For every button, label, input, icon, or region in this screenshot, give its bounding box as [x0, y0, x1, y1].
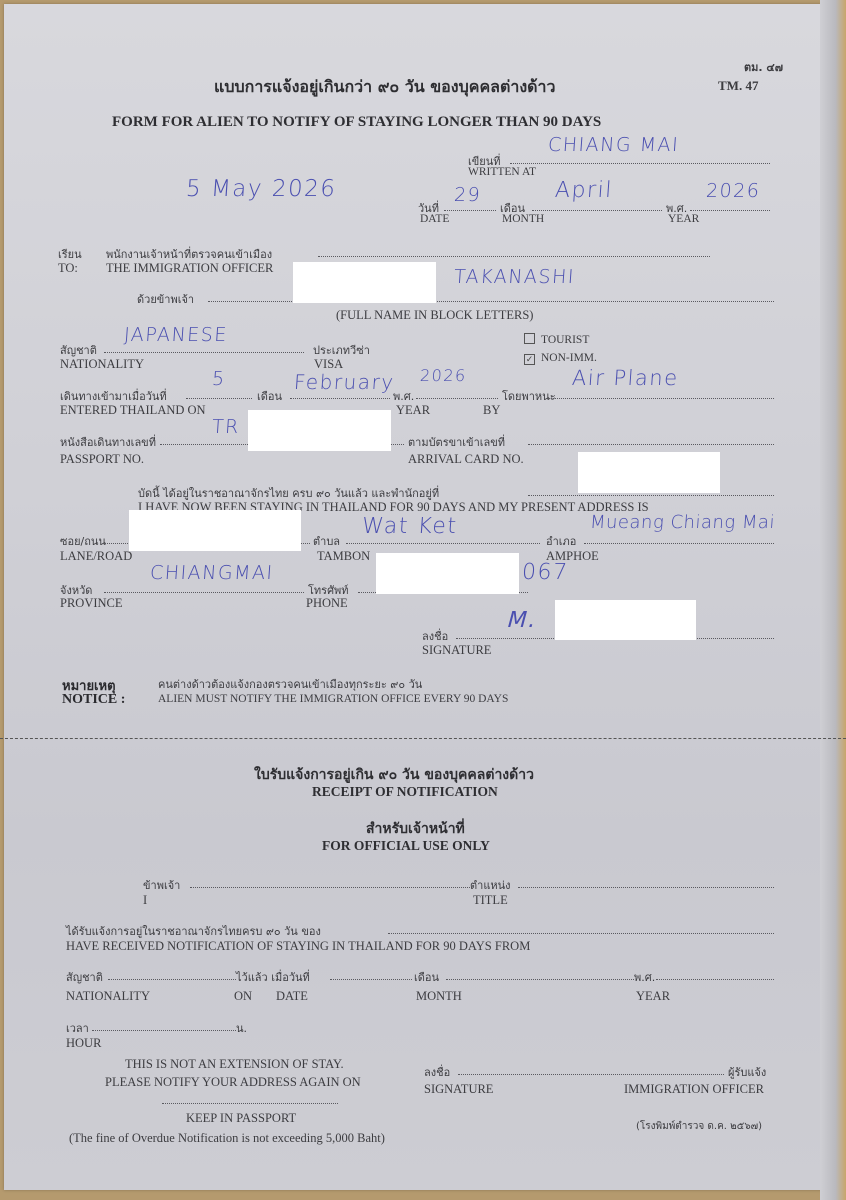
province-value[interactable]: CHIANGMAI: [149, 562, 274, 584]
receipt-nationality-line[interactable]: [108, 979, 236, 980]
receipt-i-line[interactable]: [190, 887, 470, 888]
margin-note: 5 May 2026: [185, 176, 337, 202]
tourist-checkbox[interactable]: [524, 333, 535, 344]
non-imm-label: NON-IMM.: [541, 352, 597, 364]
full-name-caption: (FULL NAME IN BLOCK LETTERS): [336, 308, 533, 323]
receipt-hour-line[interactable]: [92, 1030, 236, 1031]
form-code-thai: ตม. ๔๗: [744, 58, 783, 76]
phone-label-english: PHONE: [306, 596, 348, 611]
receipt-title-english: RECEIPT OF NOTIFICATION: [312, 784, 498, 800]
receipt-received-thai: ได้รับแจ้งการอยู่ในราชอาณาจักรไทยครบ ๙๐ …: [66, 922, 321, 940]
arrival-card-label-english: ARRIVAL CARD NO.: [408, 452, 524, 467]
receipt-officer-thai: ผู้รับแจ้ง: [728, 1063, 766, 1081]
receipt-received-english: HAVE RECEIVED NOTIFICATION OF STAYING IN…: [66, 939, 530, 954]
tourist-label: TOURIST: [541, 334, 589, 346]
notice-text-thai: คนต่างด้าวต้องแจ้งกองตรวจคนเข้าเมืองทุกร…: [158, 675, 422, 693]
date-month-line: [532, 210, 662, 211]
overdue-fine-note: (The fine of Overdue Notification is not…: [69, 1131, 385, 1146]
address-line: [528, 495, 774, 496]
receipt-date-english: DATE: [276, 989, 308, 1004]
date-year-label-english: YEAR: [668, 213, 699, 225]
nationality-line: [104, 352, 304, 353]
entry-label-english: ENTERED THAILAND ON: [60, 403, 206, 418]
entry-by-label-english: BY: [483, 403, 500, 418]
tambon-label-thai: ตำบล: [313, 532, 340, 550]
entry-by-line: [548, 398, 774, 399]
receipt-hour-thai: เวลา: [66, 1019, 89, 1037]
written-at-label-english: WRITTEN AT: [468, 166, 536, 178]
entry-year-label-english: YEAR: [396, 403, 430, 418]
to-text-english: THE IMMIGRATION OFFICER: [106, 261, 273, 276]
notify-again-note: PLEASE NOTIFY YOUR ADDRESS AGAIN ON: [105, 1075, 361, 1090]
date-year-line: [690, 210, 770, 211]
written-at-value[interactable]: CHIANG MAI: [547, 134, 680, 156]
receipt-i-label-english: I: [143, 893, 147, 908]
entry-month-line: [290, 398, 390, 399]
receipt-nationality-english: NATIONALITY: [66, 989, 150, 1004]
receipt-nationality-thai: สัญชาติ: [66, 968, 103, 986]
entry-by-value[interactable]: Air Plane: [571, 366, 679, 390]
date-day-label-english: DATE: [420, 213, 449, 225]
receipt-hour-english: HOUR: [66, 1036, 101, 1051]
redacted-phone: [376, 553, 519, 594]
receipt-year-line[interactable]: [656, 979, 774, 980]
date-month-value[interactable]: April: [554, 178, 614, 203]
receipt-title-label-thai: ตำแหน่ง: [470, 876, 511, 894]
tambon-label-english: TAMBON: [317, 549, 370, 564]
date-month-label-english: MONTH: [502, 213, 544, 225]
phone-value[interactable]: 067: [521, 560, 569, 585]
date-year-value[interactable]: 2026: [705, 180, 761, 202]
receipt-title-label-english: TITLE: [473, 893, 508, 908]
written-at-line: [510, 163, 770, 164]
to-line: [318, 256, 710, 257]
date-day-line: [444, 210, 496, 211]
full-name-value[interactable]: TAKANASHI: [453, 266, 575, 288]
amphoe-line: [584, 543, 774, 544]
receipt-on-date-thai: ไว้แล้ว เมื่อวันที่: [236, 968, 310, 986]
receipt-month-line[interactable]: [446, 979, 634, 980]
form-code-english: TM. 47: [718, 78, 758, 94]
receipt-on-english: ON: [234, 989, 252, 1004]
receipt-officer-english: IMMIGRATION OFFICER: [624, 1082, 764, 1097]
entry-month-label-thai: เดือน: [257, 387, 282, 405]
entry-day-value[interactable]: 5: [211, 368, 226, 390]
receipt-month-english: MONTH: [416, 989, 462, 1004]
receipt-signature-english: SIGNATURE: [424, 1082, 493, 1097]
redacted-passport-number: [248, 410, 391, 451]
redacted-lane-road: [129, 510, 301, 551]
title-english: FORM FOR ALIEN TO NOTIFY OF STAYING LONG…: [112, 114, 601, 131]
receipt-signature-line[interactable]: [458, 1074, 724, 1075]
signature-value[interactable]: M.: [507, 608, 538, 633]
tear-off-line: [0, 738, 846, 739]
lane-road-label-thai: ซอย/ถนน: [60, 532, 106, 550]
receipt-i-label-thai: ข้าพเจ้า: [143, 876, 180, 894]
entry-month-value[interactable]: February: [293, 370, 395, 394]
passport-label-english: PASSPORT NO.: [60, 452, 144, 467]
title-thai: แบบการแจ้งอยู่เกินกว่า ๙๐ วัน ของบุคคลต่…: [214, 75, 556, 100]
redacted-given-name: [293, 262, 436, 303]
signature-label-english: SIGNATURE: [422, 643, 491, 658]
to-label-english: TO:: [58, 261, 78, 276]
amphoe-value[interactable]: Mueang Chiang Mai: [589, 512, 775, 533]
official-use-english: FOR OFFICIAL USE ONLY: [322, 838, 490, 854]
receipt-title-line[interactable]: [518, 887, 774, 888]
notice-text-english: ALIEN MUST NOTIFY THE IMMIGRATION OFFICE…: [158, 693, 508, 705]
amphoe-label-thai: อำเภอ: [546, 532, 576, 550]
receipt-year-english: YEAR: [636, 989, 670, 1004]
lane-road-label-english: LANE/ROAD: [60, 549, 132, 564]
printer-note: (โรงพิมพ์ตำรวจ ด.ค. ๒๕๖๗): [636, 1119, 762, 1134]
full-name-label-thai: ด้วยข้าพเจ้า: [137, 290, 194, 308]
nationality-value[interactable]: JAPANESE: [123, 324, 228, 346]
keep-in-passport-note: KEEP IN PASSPORT: [186, 1111, 296, 1126]
entry-by-label-thai: โดยพาหนะ: [502, 387, 556, 405]
notify-again-date-line[interactable]: [162, 1103, 338, 1104]
province-line: [104, 592, 304, 593]
notice-label-english: NOTICE :: [62, 692, 125, 708]
tambon-line: [346, 543, 540, 544]
receipt-received-line[interactable]: [388, 933, 774, 934]
passport-label-thai: หนังสือเดินทางเลขที่: [60, 433, 156, 451]
receipt-month-thai: เดือน: [414, 968, 439, 986]
redacted-arrival-card: [578, 452, 720, 493]
arrival-card-line: [528, 444, 774, 445]
visa-option-tourist[interactable]: TOURIST: [524, 333, 589, 346]
redacted-signature: [555, 600, 696, 640]
province-label-english: PROVINCE: [60, 596, 123, 611]
receipt-date-line[interactable]: [330, 979, 412, 980]
official-use-thai: สำหรับเจ้าหน้าที่: [366, 818, 465, 840]
receipt-signature-thai: ลงชื่อ: [424, 1063, 450, 1081]
receipt-title-thai: ใบรับแจ้งการอยู่เกิน ๙๐ วัน ของบุคคลต่าง…: [254, 764, 534, 786]
paper-edge: [820, 0, 846, 1200]
entry-year-value[interactable]: 2026: [419, 366, 467, 385]
entry-day-line: [186, 398, 252, 399]
tambon-value[interactable]: Wat Ket: [361, 514, 458, 539]
nationality-label-english: NATIONALITY: [60, 357, 144, 372]
non-imm-checkbox[interactable]: ✓: [524, 354, 535, 365]
entry-year-line: [416, 398, 498, 399]
receipt-hour-suffix-thai: น.: [236, 1019, 247, 1037]
receipt-year-thai: พ.ศ.: [634, 968, 655, 986]
passport-value[interactable]: TR: [211, 416, 240, 438]
visa-option-non-imm[interactable]: ✓NON-IMM.: [524, 352, 597, 365]
not-extension-note: THIS IS NOT AN EXTENSION OF STAY.: [125, 1057, 344, 1072]
arrival-card-label-thai: ตามบัตรขาเข้าเลขที่: [408, 433, 505, 451]
date-day-value[interactable]: 29: [453, 184, 482, 206]
